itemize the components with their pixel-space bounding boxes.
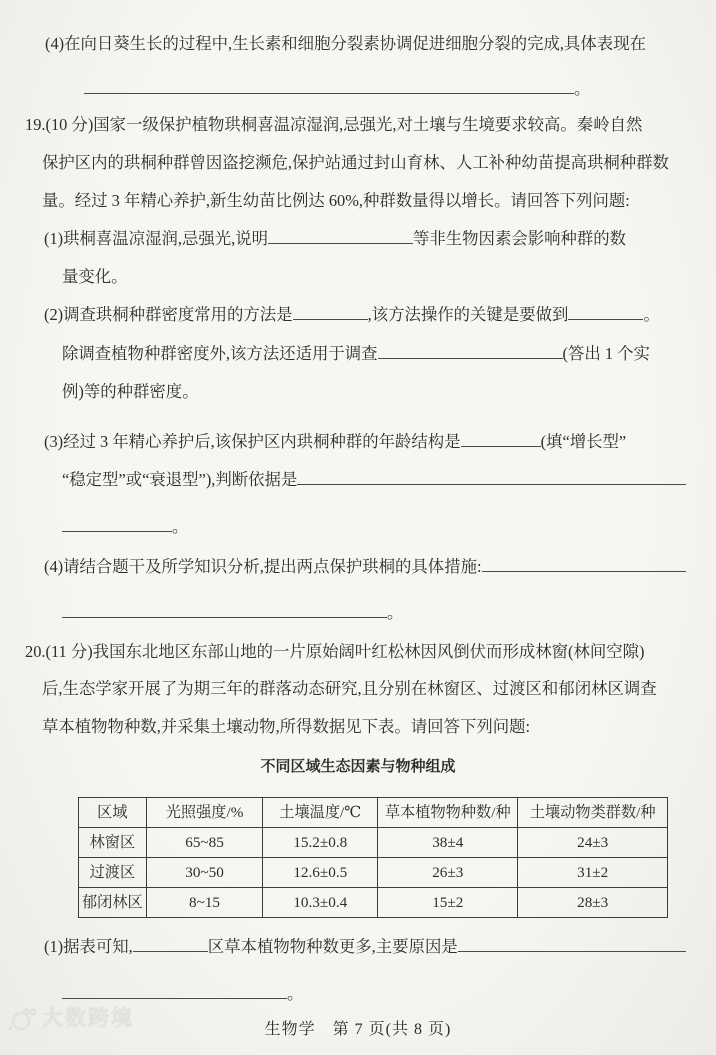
q20-stem-line3: 草本植物物种数,并采集土壤动物,所得数据见下表。请回答下列问题: (42, 714, 530, 740)
answer-blank (458, 936, 686, 952)
cell: 65~85 (146, 828, 263, 858)
answer-blank (84, 78, 574, 94)
answer-blank (378, 343, 563, 359)
period: 。 (574, 79, 590, 98)
cell: 15±2 (378, 888, 518, 918)
period: 。 (387, 603, 403, 622)
answer-blank (293, 304, 368, 320)
q20-stem-line1: 20.(11 分)我国东北地区东部山地的一片原始阔叶红松林因风倒伏而形成林窗(林… (25, 639, 644, 665)
q19-sub4-pre: (4)请结合题干及所学知识分析,提出两点保护珙桐的具体措施: (44, 554, 482, 580)
watermark: 大数跨境 (8, 1006, 134, 1032)
period: 。 (643, 305, 659, 324)
q19-sub3-pre: (3)经过 3 年精心养护后,该保护区内珙桐种群的年龄结构是 (44, 432, 461, 451)
cell: 28±3 (518, 888, 668, 918)
answer-blank (62, 602, 387, 618)
answer-blank (297, 469, 686, 485)
cell: 24±3 (518, 828, 668, 858)
answer-blank (568, 304, 643, 320)
q20-sub1-line1: (1)据表可知,区草本植物物种数更多,主要原因是 (44, 934, 686, 960)
period: 。 (172, 517, 188, 536)
q19-sub2-line2-post: (答出 1 个实 (563, 344, 650, 363)
cell: 10.3±0.4 (263, 888, 378, 918)
q19-sub2-line2: 除调查植物种群密度外,该方法还适用于调查(答出 1 个实 (62, 341, 650, 367)
q20-sub1-line2: 。 (62, 981, 303, 1007)
watermark-text: 大数跨境 (42, 1006, 134, 1032)
q19-sub4-line1: (4)请结合题干及所学知识分析,提出两点保护珙桐的具体措施: (44, 554, 686, 580)
answer-blank (268, 228, 413, 244)
col-header-soil-temp: 土壤温度/℃ (263, 798, 378, 828)
col-header-region: 区域 (79, 798, 147, 828)
cell: 12.6±0.5 (263, 858, 378, 888)
q20-stem-line2: 后,生态学家开展了为期三年的群落动态研究,且分别在林窗区、过渡区和郁闭林区调查 (42, 676, 657, 702)
cell: 8~15 (146, 888, 263, 918)
cell: 15.2±0.8 (263, 828, 378, 858)
col-header-light: 光照强度/% (146, 798, 263, 828)
q19-sub2-mid: ,该方法操作的关键是要做到 (368, 305, 569, 324)
answer-blank (133, 936, 208, 952)
q19-sub1-line2: 量变化。 (62, 264, 128, 290)
q19-sub2-line1: (2)调查珙桐种群密度常用的方法是,该方法操作的关键是要做到。 (44, 302, 660, 328)
cell: 郁闭林区 (79, 888, 147, 918)
q19-sub3-line1: (3)经过 3 年精心养护后,该保护区内珙桐种群的年龄结构是(填“增长型” (44, 429, 626, 455)
table-row: 林窗区 65~85 15.2±0.8 38±4 24±3 (79, 828, 668, 858)
exam-page: (4)在向日葵生长的过程中,生长素和细胞分裂素协调促进细胞分裂的完成,具体表现在… (0, 0, 716, 1055)
q19-stem-line2: 保护区内的珙桐种群曾因盗挖濒危,保护站通过封山育林、人工补种幼苗提高珙桐种群数 (42, 150, 669, 176)
q19-sub3-line3: 。 (62, 514, 188, 540)
col-header-soil-animal: 土壤动物类群数/种 (518, 798, 668, 828)
table-row: 过渡区 30~50 12.6±0.5 26±3 31±2 (79, 858, 668, 888)
cell: 38±4 (378, 828, 518, 858)
cell: 31±2 (518, 858, 668, 888)
col-header-herb-species: 草本植物物种数/种 (378, 798, 518, 828)
q19-stem-line3: 量。经过 3 年精心养护,新生幼苗比例达 60%,种群数量得以增长。请回答下列问… (42, 188, 630, 214)
q19-sub2-line3: 例)等的种群密度。 (62, 379, 199, 405)
answer-blank (482, 556, 686, 572)
q19-sub3-line2: “稳定型”或“衰退型”),判断依据是 (62, 467, 686, 493)
q19-sub2-line2-pre: 除调查植物种群密度外,该方法还适用于调查 (62, 344, 378, 363)
cell: 30~50 (146, 858, 263, 888)
q19-stem-line1: 19.(10 分)国家一级保护植物珙桐喜温凉湿润,忌强光,对土壤与生境要求较高。… (25, 112, 642, 138)
q19-sub2-pre: (2)调查珙桐种群密度常用的方法是 (44, 305, 293, 324)
answer-blank (62, 983, 287, 999)
cell: 26±3 (378, 858, 518, 888)
table-title: 不同区域生态因素与物种组成 (0, 754, 716, 780)
cell: 林窗区 (79, 828, 147, 858)
answer-blank (62, 516, 172, 532)
q19-sub1-pre: (1)珙桐喜温凉湿润,忌强光,说明 (44, 229, 268, 248)
q18-part4-text: (4)在向日葵生长的过程中,生长素和细胞分裂素协调促进细胞分裂的完成,具体表现在 (45, 31, 646, 57)
q19-sub1-post: 等非生物因素会影响种群的数 (413, 229, 626, 248)
q19-sub4-line2: 。 (62, 600, 403, 626)
q19-sub3-post: (填“增长型” (541, 432, 627, 451)
watermark-logo-icon (8, 1006, 38, 1032)
table-row: 郁闭林区 8~15 10.3±0.4 15±2 28±3 (79, 888, 668, 918)
cell: 过渡区 (79, 858, 147, 888)
answer-blank (461, 431, 541, 447)
q18-part4-answer-line: 。 (84, 76, 590, 102)
q19-sub1-line1: (1)珙桐喜温凉湿润,忌强光,说明等非生物因素会影响种群的数 (44, 226, 626, 252)
q19-sub3-line2-pre: “稳定型”或“衰退型”),判断依据是 (62, 467, 297, 493)
table-header-row: 区域 光照强度/% 土壤温度/℃ 草本植物物种数/种 土壤动物类群数/种 (79, 798, 668, 828)
q20-sub1-pre: (1)据表可知, (44, 934, 133, 960)
ecology-data-table: 区域 光照强度/% 土壤温度/℃ 草本植物物种数/种 土壤动物类群数/种 林窗区… (78, 797, 668, 918)
q20-sub1-mid: 区草本植物物种数更多,主要原因是 (208, 934, 458, 960)
period: 。 (287, 984, 303, 1003)
